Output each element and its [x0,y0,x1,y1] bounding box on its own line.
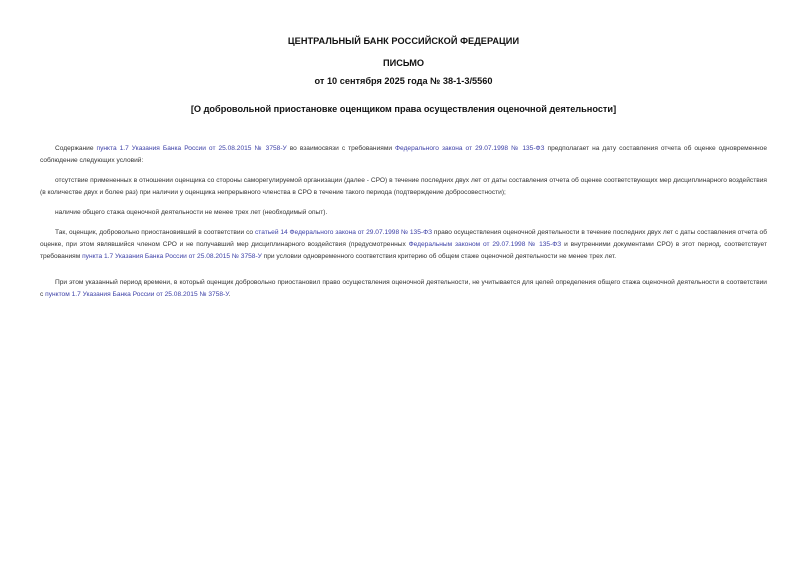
text-run: во взаимосвязи с требованиями [287,145,395,152]
paragraph-conditions-intro: Содержание пункта 1.7 Указания Банка Рос… [40,143,767,167]
text-run: Так, оценщик, добровольно приостановивши… [55,229,255,236]
paragraph-condition-good-faith: отсутствие примененных в отношении оценщ… [40,175,767,199]
document-date-number: от 10 сентября 2025 года № 38-1-3/5560 [0,76,807,86]
document-title: [О добровольной приостановке оценщиком п… [0,104,807,114]
text-run: при условии одновременного соответствия … [262,253,616,260]
paragraph-text: отсутствие примененных в отношении оценщ… [40,175,767,199]
paragraph-suspension-period: При этом указанный период времени, в кот… [40,277,767,301]
document-type: ПИСЬМО [0,58,807,68]
legal-reference-link[interactable]: пункта 1.7 Указания Банка России от 25.0… [82,253,262,260]
text-run: Содержание [55,145,97,152]
legal-reference-link[interactable]: Федеральным законом от 29.07.1998 № 135-… [409,241,562,248]
paragraph-text: При этом указанный период времени, в кот… [40,277,767,301]
paragraph-suspended-appraiser: Так, оценщик, добровольно приостановивши… [40,227,767,262]
paragraph-text: наличие общего стажа оценочной деятельно… [40,207,767,219]
legal-reference-link[interactable]: статьей 14 Федерального закона от 29.07.… [255,229,432,236]
text-run: отсутствие примененных в отношении оценщ… [40,177,767,196]
text-run: . [229,291,231,298]
legal-reference-link[interactable]: пунктом 1.7 Указания Банка России от 25.… [45,291,228,298]
legal-reference-link[interactable]: Федерального закона от 29.07.1998 № 135-… [395,145,544,152]
issuer-heading: ЦЕНТРАЛЬНЫЙ БАНК РОССИЙСКОЙ ФЕДЕРАЦИИ [0,36,807,46]
legal-reference-link[interactable]: пункта 1.7 Указания Банка России от 25.0… [97,145,287,152]
paragraph-text: Так, оценщик, добровольно приостановивши… [40,227,767,262]
text-run: наличие общего стажа оценочной деятельно… [55,209,327,216]
paragraph-condition-experience: наличие общего стажа оценочной деятельно… [40,207,767,219]
paragraph-text: Содержание пункта 1.7 Указания Банка Рос… [40,143,767,167]
